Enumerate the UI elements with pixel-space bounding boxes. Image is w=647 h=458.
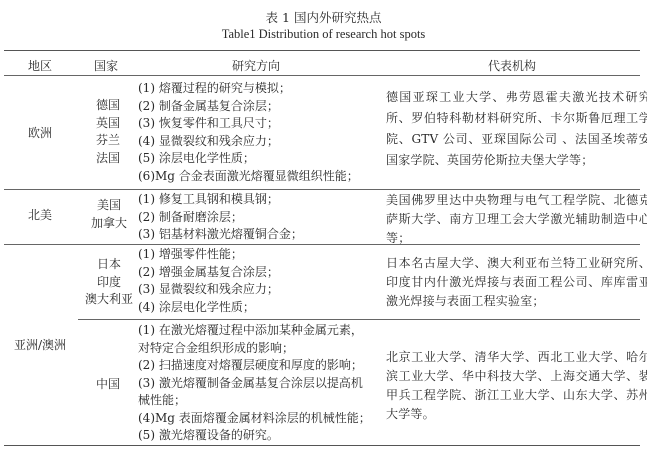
institutions-cell: 日本名古屋大学、澳大利亚布兰特工业研究所、印度甘内什激光焊接与表面工程公司、库库… <box>386 254 647 311</box>
institutions-cell: 北京工业大学、清华大学、西北工业大学、哈尔滨工业大学、华中科技大学、上海交通大学… <box>386 348 647 424</box>
institutions-cell: 美国佛罗里达中央物理与电气工程学院、北德克萨斯大学、南方卫理工会大学激光辅助制造… <box>386 191 647 248</box>
research-direction-cell: (1) 在激光熔覆过程中添加某种金属元素， 对特定合金组织形成的影响； (2) … <box>138 322 371 445</box>
research-direction-cell: (1) 熔覆过程的研究与模拟； (2) 制备金属基复合涂层； (3) 恢复零件和… <box>138 80 359 186</box>
country-cell: 中国 <box>88 376 128 394</box>
subrow-divider-asia <box>78 319 640 320</box>
region-cell: 亚洲/澳洲 <box>14 337 66 355</box>
row-divider-europe <box>4 189 640 190</box>
header-rule <box>4 75 640 76</box>
header-institutions: 代表机构 <box>488 57 536 74</box>
research-direction-cell: (1) 增强零件性能； (2) 增强金属基复合涂层； (3) 显微裂纹和残余应力… <box>138 246 279 316</box>
header-country: 国家 <box>94 57 118 74</box>
region-cell: 欧洲 <box>28 125 52 143</box>
country-cell: 德国 英国 芬兰 法国 <box>88 97 128 167</box>
table-caption-zh: 表 1 国内外研究热点 <box>0 8 647 26</box>
research-direction-cell: (1) 修复工具钢和模具钢； (2) 制备耐磨涂层； (3) 铝基材料激光熔覆铜… <box>138 191 303 244</box>
bottom-rule <box>4 445 640 446</box>
top-rule <box>4 50 640 51</box>
country-cell: 日本 印度 澳大利亚 <box>80 256 138 309</box>
country-cell: 美国 加拿大 <box>84 197 134 232</box>
header-research-direction: 研究方向 <box>232 57 280 74</box>
table-caption-en: Table1 Distribution of research hot spot… <box>0 27 647 42</box>
institutions-cell: 德国亚琛工业大学、弗劳恩霍夫激光技术研究所、罗伯特科勒材料研究所、卡尔斯鲁厄理工… <box>386 87 647 171</box>
region-cell: 北美 <box>28 207 52 225</box>
header-region: 地区 <box>28 57 52 74</box>
